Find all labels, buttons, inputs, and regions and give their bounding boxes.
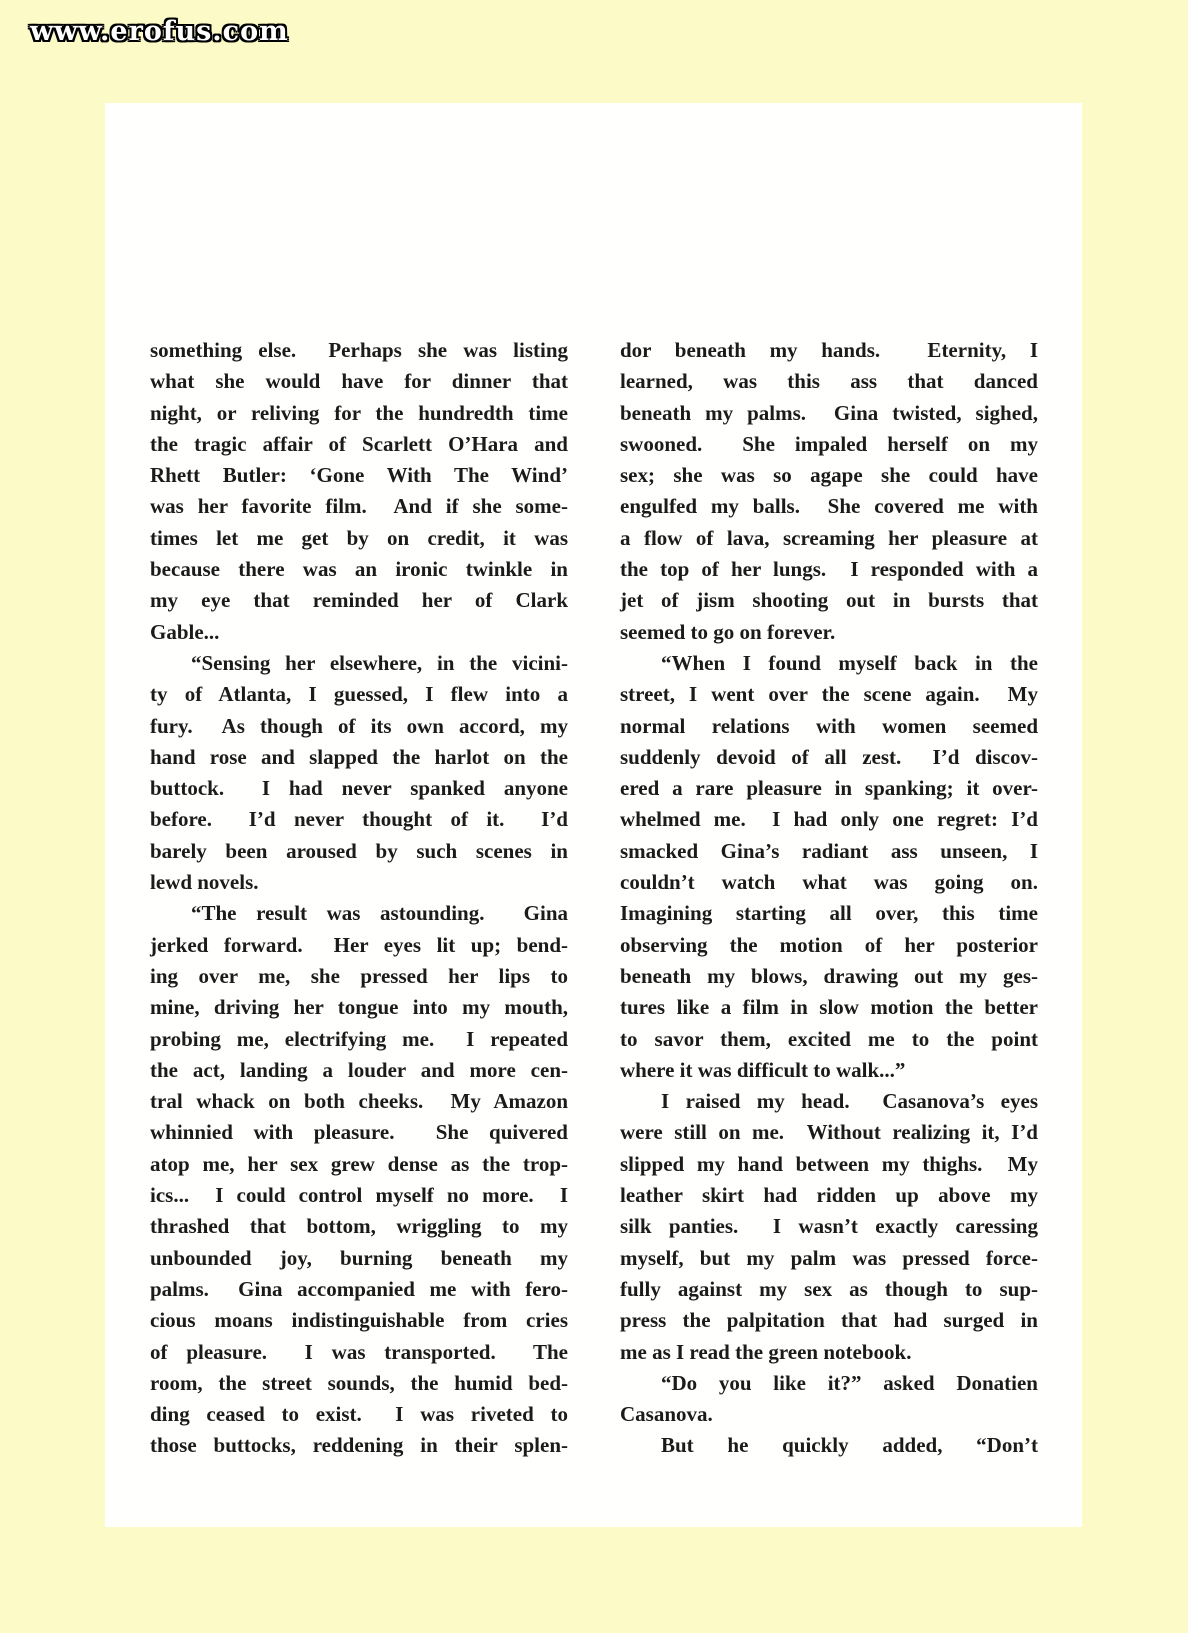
text-line: learned, was this ass that danced	[620, 366, 1038, 397]
text-line: tures like a film in slow motion the bet…	[620, 992, 1038, 1023]
text-line: times let me get by on credit, it was	[150, 523, 568, 554]
paragraph: But he quickly added, “Don’t	[620, 1430, 1038, 1461]
text-line: ding ceased to exist. I was riveted to	[150, 1399, 568, 1430]
text-line: jet of jism shooting out in bursts that	[620, 585, 1038, 616]
text-line: to savor them, excited me to the point	[620, 1024, 1038, 1055]
text-line: cious moans indistinguishable from cries	[150, 1305, 568, 1336]
text-line: seemed to go on forever.	[620, 617, 1038, 648]
text-line: probing me, electrifying me. I repeated	[150, 1024, 568, 1055]
text-line: buttock. I had never spanked anyone	[150, 773, 568, 804]
text-line: “Do you like it?” asked Donatien	[620, 1368, 1038, 1399]
text-line: swooned. She impaled herself on my	[620, 429, 1038, 460]
right-text-column: dor beneath my hands. Eternity, Ilearned…	[620, 335, 1038, 1462]
text-line: couldn’t watch what was going on.	[620, 867, 1038, 898]
text-line: leather skirt had ridden up above my	[620, 1180, 1038, 1211]
text-line: Imagining starting all over, this time	[620, 898, 1038, 929]
text-line: Rhett Butler: ‘Gone With The Wind’	[150, 460, 568, 491]
text-line: room, the street sounds, the humid bed-	[150, 1368, 568, 1399]
text-line: whelmed me. I had only one regret: I’d	[620, 804, 1038, 835]
text-line: suddenly devoid of all zest. I’d discov-	[620, 742, 1038, 773]
text-line: slipped my hand between my thighs. My	[620, 1149, 1038, 1180]
text-line: the tragic affair of Scarlett O’Hara and	[150, 429, 568, 460]
text-line: myself, but my palm was pressed force-	[620, 1243, 1038, 1274]
paragraph: “Do you like it?” asked DonatienCasanova…	[620, 1368, 1038, 1431]
text-line: where it was difficult to walk...”	[620, 1055, 1038, 1086]
text-line: because there was an ironic twinkle in	[150, 554, 568, 585]
text-line: something else. Perhaps she was listing	[150, 335, 568, 366]
text-line: smacked Gina’s radiant ass unseen, I	[620, 836, 1038, 867]
text-line: fury. As though of its own accord, my	[150, 711, 568, 742]
text-line: was her favorite film. And if she some-	[150, 491, 568, 522]
text-line: the act, landing a louder and more cen-	[150, 1055, 568, 1086]
book-page: something else. Perhaps she was listingw…	[105, 103, 1082, 1527]
text-line: a flow of lava, screaming her pleasure a…	[620, 523, 1038, 554]
text-line: observing the motion of her posterior	[620, 930, 1038, 961]
text-line: tral whack on both cheeks. My Amazon	[150, 1086, 568, 1117]
scan-background: www.erofus.com something else. Perhaps s…	[0, 0, 1188, 1633]
text-line: mine, driving her tongue into my mouth,	[150, 992, 568, 1023]
text-line: ing over me, she pressed her lips to	[150, 961, 568, 992]
paragraph: dor beneath my hands. Eternity, Ilearned…	[620, 335, 1038, 648]
paragraph: something else. Perhaps she was listingw…	[150, 335, 568, 648]
text-line: ics... I could control myself no more. I	[150, 1180, 568, 1211]
text-line: fully against my sex as though to sup-	[620, 1274, 1038, 1305]
text-line: were still on me. Without realizing it, …	[620, 1117, 1038, 1148]
text-line: sex; she was so agape she could have	[620, 460, 1038, 491]
text-line: “The result was astounding. Gina	[150, 898, 568, 929]
text-line: normal relations with women seemed	[620, 711, 1038, 742]
text-line: of pleasure. I was transported. The	[150, 1337, 568, 1368]
text-line: my eye that reminded her of Clark	[150, 585, 568, 616]
left-text-column: something else. Perhaps she was listingw…	[150, 335, 568, 1462]
text-line: ered a rare pleasure in spanking; it ove…	[620, 773, 1038, 804]
text-line: ty of Atlanta, I guessed, I flew into a	[150, 679, 568, 710]
watermark: www.erofus.com	[30, 16, 289, 47]
text-line: those buttocks, reddening in their splen…	[150, 1430, 568, 1461]
text-line: engulfed my balls. She covered me with	[620, 491, 1038, 522]
text-line: Casanova.	[620, 1399, 1038, 1430]
text-line: me as I read the green notebook.	[620, 1337, 1038, 1368]
text-line: dor beneath my hands. Eternity, I	[620, 335, 1038, 366]
text-line: beneath my blows, drawing out my ges-	[620, 961, 1038, 992]
text-line: lewd novels.	[150, 867, 568, 898]
text-line: jerked forward. Her eyes lit up; bend-	[150, 930, 568, 961]
paragraph: “When I found myself back in thestreet, …	[620, 648, 1038, 1086]
text-line: Gable...	[150, 617, 568, 648]
text-line: beneath my palms. Gina twisted, sighed,	[620, 398, 1038, 429]
text-line: atop me, her sex grew dense as the trop-	[150, 1149, 568, 1180]
text-line: thrashed that bottom, wriggling to my	[150, 1211, 568, 1242]
text-line: “Sensing her elsewhere, in the vicini-	[150, 648, 568, 679]
paragraph: “Sensing her elsewhere, in the vicini-ty…	[150, 648, 568, 898]
text-line: what she would have for dinner that	[150, 366, 568, 397]
text-line: silk panties. I wasn’t exactly caressing	[620, 1211, 1038, 1242]
paragraph: “The result was astounding. Ginajerked f…	[150, 898, 568, 1461]
text-line: street, I went over the scene again. My	[620, 679, 1038, 710]
text-line: I raised my head. Casanova’s eyes	[620, 1086, 1038, 1117]
text-line: night, or reliving for the hundredth tim…	[150, 398, 568, 429]
text-line: “When I found myself back in the	[620, 648, 1038, 679]
text-line: press the palpitation that had surged in	[620, 1305, 1038, 1336]
text-line: barely been aroused by such scenes in	[150, 836, 568, 867]
text-line: whinnied with pleasure. She quivered	[150, 1117, 568, 1148]
text-line: But he quickly added, “Don’t	[620, 1430, 1038, 1461]
text-line: before. I’d never thought of it. I’d	[150, 804, 568, 835]
paragraph: I raised my head. Casanova’s eyeswere st…	[620, 1086, 1038, 1368]
text-line: the top of her lungs. I responded with a	[620, 554, 1038, 585]
text-line: unbounded joy, burning beneath my	[150, 1243, 568, 1274]
text-line: hand rose and slapped the harlot on the	[150, 742, 568, 773]
text-line: palms. Gina accompanied me with fero-	[150, 1274, 568, 1305]
